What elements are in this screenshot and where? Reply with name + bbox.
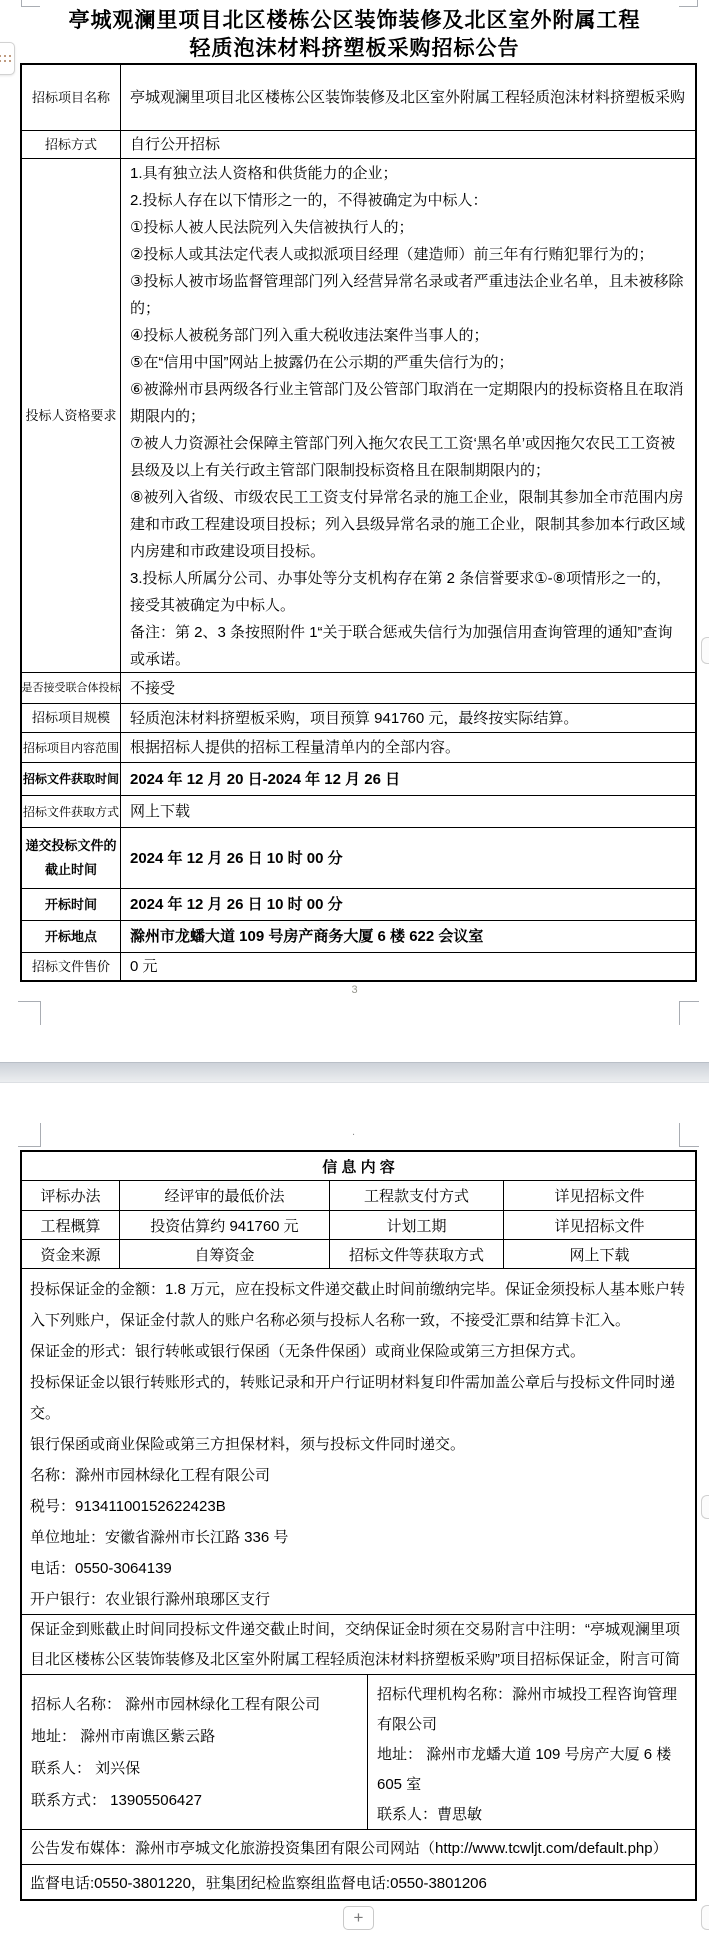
text-line: ④投标人被税务部门列入重大税收违法案件当事人的；	[130, 322, 685, 349]
row-value: 不接受	[121, 673, 695, 703]
table-row: 招标项目内容范围 根据招标人提供的招标工程量清单内的全部内容。	[22, 732, 695, 762]
row-value: 亭城观澜里项目北区楼栋公区装饰装修及北区室外附属工程轻质泡沫材料挤塑板采购	[121, 65, 695, 130]
cell-value: 投资估算约 941760 元	[119, 1211, 329, 1239]
text-line: ②投标人或其法定代表人或拟派项目经理（建造师）前三年有行贿犯罪行为的；	[130, 241, 685, 268]
side-handle-button[interactable]	[701, 637, 709, 664]
text-line: 开户银行：农业银行滁州琅琊区支行	[30, 1584, 687, 1614]
text-line: 联系方式： 13905506427	[31, 1785, 359, 1817]
text-line: 联系人：曹思敏	[377, 1800, 687, 1829]
text-line: 2.投标人存在以下情形之一的，不得被确定为中标人：	[130, 187, 685, 214]
table-row: 评标办法 经评审的最低价法 工程款支付方式 详见招标文件	[22, 1180, 695, 1210]
table-row: 招标项目规模 轻质泡沫材料挤塑板采购，项目预算 941760 元，最终按实际结算…	[22, 703, 695, 732]
table-row: 是否接受联合体投标 不接受	[22, 672, 695, 703]
row-value: 网上下载	[121, 796, 695, 827]
row-label: 招标文件获取方式	[22, 796, 121, 827]
row-value: 自行公开招标	[121, 131, 695, 158]
page-separator	[0, 1062, 709, 1083]
row-label: 投标人资格要求	[22, 159, 121, 672]
row-label: 招标项目规模	[22, 704, 121, 732]
crop-mark-bottom-right-icon	[679, 1001, 699, 1025]
contacts-row: 招标人名称： 滁州市园林绿化工程有限公司地址： 滁州市南谯区紫云路联系人： 刘兴…	[22, 1674, 695, 1829]
agency-contact: 招标代理机构名称：滁州市城投工程咨询管理有限公司地址： 滁州市龙蟠大道 109 …	[367, 1675, 695, 1829]
announcement-media-row: 公告发布媒体：滁州市亭城文化旅游投资集团有限公司网站（http://www.tc…	[22, 1829, 695, 1864]
tender-notice-table: 招标项目名称 亭城观澜里项目北区楼栋公区装饰装修及北区室外附属工程轻质泡沫材料挤…	[20, 63, 697, 982]
row-value: 2024 年 12 月 20 日-2024 年 12 月 26 日	[121, 763, 695, 795]
document-viewer: 亭城观澜里项目北区楼栋公区装饰装修及北区室外附属工程 轻质泡沫材料挤塑板采购招标…	[0, 0, 709, 1955]
text-line: ⑧被列入省级、市级农民工工资支付异常名录的施工企业，限制其参加全市范围内房建和市…	[130, 484, 685, 565]
text-line: 名称：滁州市园林绿化工程有限公司	[30, 1460, 687, 1491]
cell-value: 网上下载	[503, 1240, 695, 1268]
row-value: 根据招标人提供的招标工程量清单内的全部内容。	[121, 733, 695, 762]
text-line: 备注：第 2、3 条按照附件 1“关于联合惩戒失信行为加强信用查询管理的通知”查…	[130, 619, 685, 673]
row-label: 招标文件获取时间	[22, 763, 121, 795]
add-page-button[interactable]: +	[343, 1906, 374, 1930]
text-line: 1.具有独立法人资格和供货能力的企业；	[130, 160, 685, 187]
text-line: 地址： 滁州市南谯区紫云路	[31, 1721, 359, 1753]
text-line: ①投标人被人民法院列入失信被执行人的；	[130, 214, 685, 241]
drag-handle-icon	[0, 55, 11, 62]
text-line: 电话：0550-3064139	[30, 1553, 687, 1584]
deposit-note: 保证金到账截止时间同投标文件递交截止时间，交纳保证金时须在交易附言中注明：“亭城…	[22, 1614, 695, 1674]
table-row: 投标人资格要求 1.具有独立法人资格和供货能力的企业；2.投标人存在以下情形之一…	[22, 158, 695, 672]
page-number: 3	[0, 984, 709, 996]
info-content-table: 信 息 内 容 评标办法 经评审的最低价法 工程款支付方式 详见招标文件 工程概…	[20, 1150, 697, 1901]
table-row: 招标文件售价 0 元	[22, 952, 695, 980]
document-title: 亭城观澜里项目北区楼栋公区装饰装修及北区室外附属工程 轻质泡沫材料挤塑板采购招标…	[0, 6, 709, 62]
cell-label: 工程概算	[22, 1211, 119, 1239]
text-line: 地址： 滁州市龙蟠大道 109 号房产大厦 6 楼 605 室	[377, 1740, 687, 1800]
page2-top-mark: .	[352, 1126, 709, 1138]
text-line: 保证金的形式：银行转帐或银行保函（无条件保函）或商业保险或第三方担保方式。	[30, 1336, 687, 1367]
row-label: 招标项目名称	[22, 65, 121, 130]
deposit-details: 投标保证金的金额：1.8 万元，应在投标文件递交截止时间前缴纳完毕。保证金须投标…	[22, 1268, 695, 1614]
text-line: ⑤在“信用中国”网站上披露仍在公示期的严重失信行为的；	[130, 349, 685, 376]
cell-value: 自筹资金	[119, 1240, 329, 1268]
table-row: 递交投标文件的截止时间 2024 年 12 月 26 日 10 时 00 分	[22, 827, 695, 888]
text-line: ③投标人被市场监督管理部门列入经营异常名录或者严重违法企业名单，且未被移除的；	[130, 268, 685, 322]
bidder-contact: 招标人名称： 滁州市园林绿化工程有限公司地址： 滁州市南谯区紫云路联系人： 刘兴…	[22, 1675, 367, 1829]
cell-value: 详见招标文件	[503, 1211, 695, 1239]
row-label: 招标方式	[22, 131, 121, 158]
side-handle-button[interactable]	[701, 1905, 709, 1930]
text-line: ⑥被滁州市县两级各行业主管部门及公管部门取消在一定期限内的投标资格且在取消期限内…	[130, 376, 685, 430]
cell-value: 详见招标文件	[503, 1181, 695, 1210]
text-line: 银行保函或商业保险或第三方担保材料，须与投标文件同时递交。	[30, 1429, 687, 1460]
row-value: 0 元	[121, 953, 695, 980]
info-table-header: 信 息 内 容	[22, 1152, 695, 1180]
cell-label: 招标文件等获取方式	[329, 1240, 503, 1268]
text-line: 单位地址：安徽省滁州市长江路 336 号	[30, 1522, 687, 1553]
crop-mark-bottom-left-icon	[18, 1001, 41, 1025]
row-value: 滁州市龙蟠大道 109 号房产商务大厦 6 楼 622 会议室	[121, 921, 695, 952]
table-row: 招标项目名称 亭城观澜里项目北区楼栋公区装饰装修及北区室外附属工程轻质泡沫材料挤…	[22, 65, 695, 130]
table-row: 工程概算 投资估算约 941760 元 计划工期 详见招标文件	[22, 1210, 695, 1239]
text-line: 3.投标人所属分公司、办事处等分支机构存在第 2 条信誉要求①-⑧项情形之一的，…	[130, 565, 685, 619]
row-value: 2024 年 12 月 26 日 10 时 00 分	[121, 889, 695, 920]
table-row: 开标地点 滁州市龙蟠大道 109 号房产商务大厦 6 楼 622 会议室	[22, 920, 695, 952]
cell-label: 工程款支付方式	[329, 1181, 503, 1210]
row-label: 招标文件售价	[22, 953, 121, 980]
text-line: 联系人： 刘兴保	[31, 1753, 359, 1785]
table-row: 招标文件获取时间 2024 年 12 月 20 日-2024 年 12 月 26…	[22, 762, 695, 795]
text-line: 投标保证金的金额：1.8 万元，应在投标文件递交截止时间前缴纳完毕。保证金须投标…	[30, 1274, 687, 1336]
table-row: 资金来源 自筹资金 招标文件等获取方式 网上下载	[22, 1239, 695, 1268]
text-line: 投标保证金以银行转账形式的，转账记录和开户行证明材料复印件需加盖公章后与投标文件…	[30, 1367, 687, 1429]
supervision-phone-row: 监督电话:0550-3801220，驻集团纪检监察组监督电话:0550-3801…	[22, 1864, 695, 1899]
cell-label: 计划工期	[329, 1211, 503, 1239]
table-row: 招标文件获取方式 网上下载	[22, 795, 695, 827]
title-line-1: 亭城观澜里项目北区楼栋公区装饰装修及北区室外附属工程	[0, 6, 709, 34]
text-line: ⑦被人力资源社会保障主管部门列入拖欠农民工工资‘黑名单’或因拖欠农民工工资被县级…	[130, 430, 685, 484]
table-row: 开标时间 2024 年 12 月 26 日 10 时 00 分	[22, 888, 695, 920]
crop-mark-top-left-icon	[18, 1123, 41, 1147]
side-handle-button[interactable]	[701, 1495, 709, 1519]
row-label: 是否接受联合体投标	[22, 673, 121, 703]
text-line: 招标代理机构名称：滁州市城投工程咨询管理有限公司	[377, 1680, 687, 1740]
cell-value: 经评审的最低价法	[119, 1181, 329, 1210]
cell-label: 资金来源	[22, 1240, 119, 1268]
row-value: 1.具有独立法人资格和供货能力的企业；2.投标人存在以下情形之一的，不得被确定为…	[121, 159, 695, 672]
cell-label: 评标办法	[22, 1181, 119, 1210]
text-line: 税号：91341100152622423B	[30, 1491, 687, 1522]
row-value: 2024 年 12 月 26 日 10 时 00 分	[121, 828, 695, 888]
drag-handle-button[interactable]	[0, 42, 15, 75]
row-label: 开标时间	[22, 889, 121, 920]
row-label: 开标地点	[22, 921, 121, 952]
text-line: 招标人名称： 滁州市园林绿化工程有限公司	[31, 1689, 359, 1721]
row-label: 递交投标文件的截止时间	[22, 828, 121, 888]
table-row: 招标方式 自行公开招标	[22, 130, 695, 158]
row-value: 轻质泡沫材料挤塑板采购，项目预算 941760 元，最终按实际结算。	[121, 704, 695, 732]
title-line-2: 轻质泡沫材料挤塑板采购招标公告	[0, 34, 709, 62]
row-label: 招标项目内容范围	[22, 733, 121, 762]
